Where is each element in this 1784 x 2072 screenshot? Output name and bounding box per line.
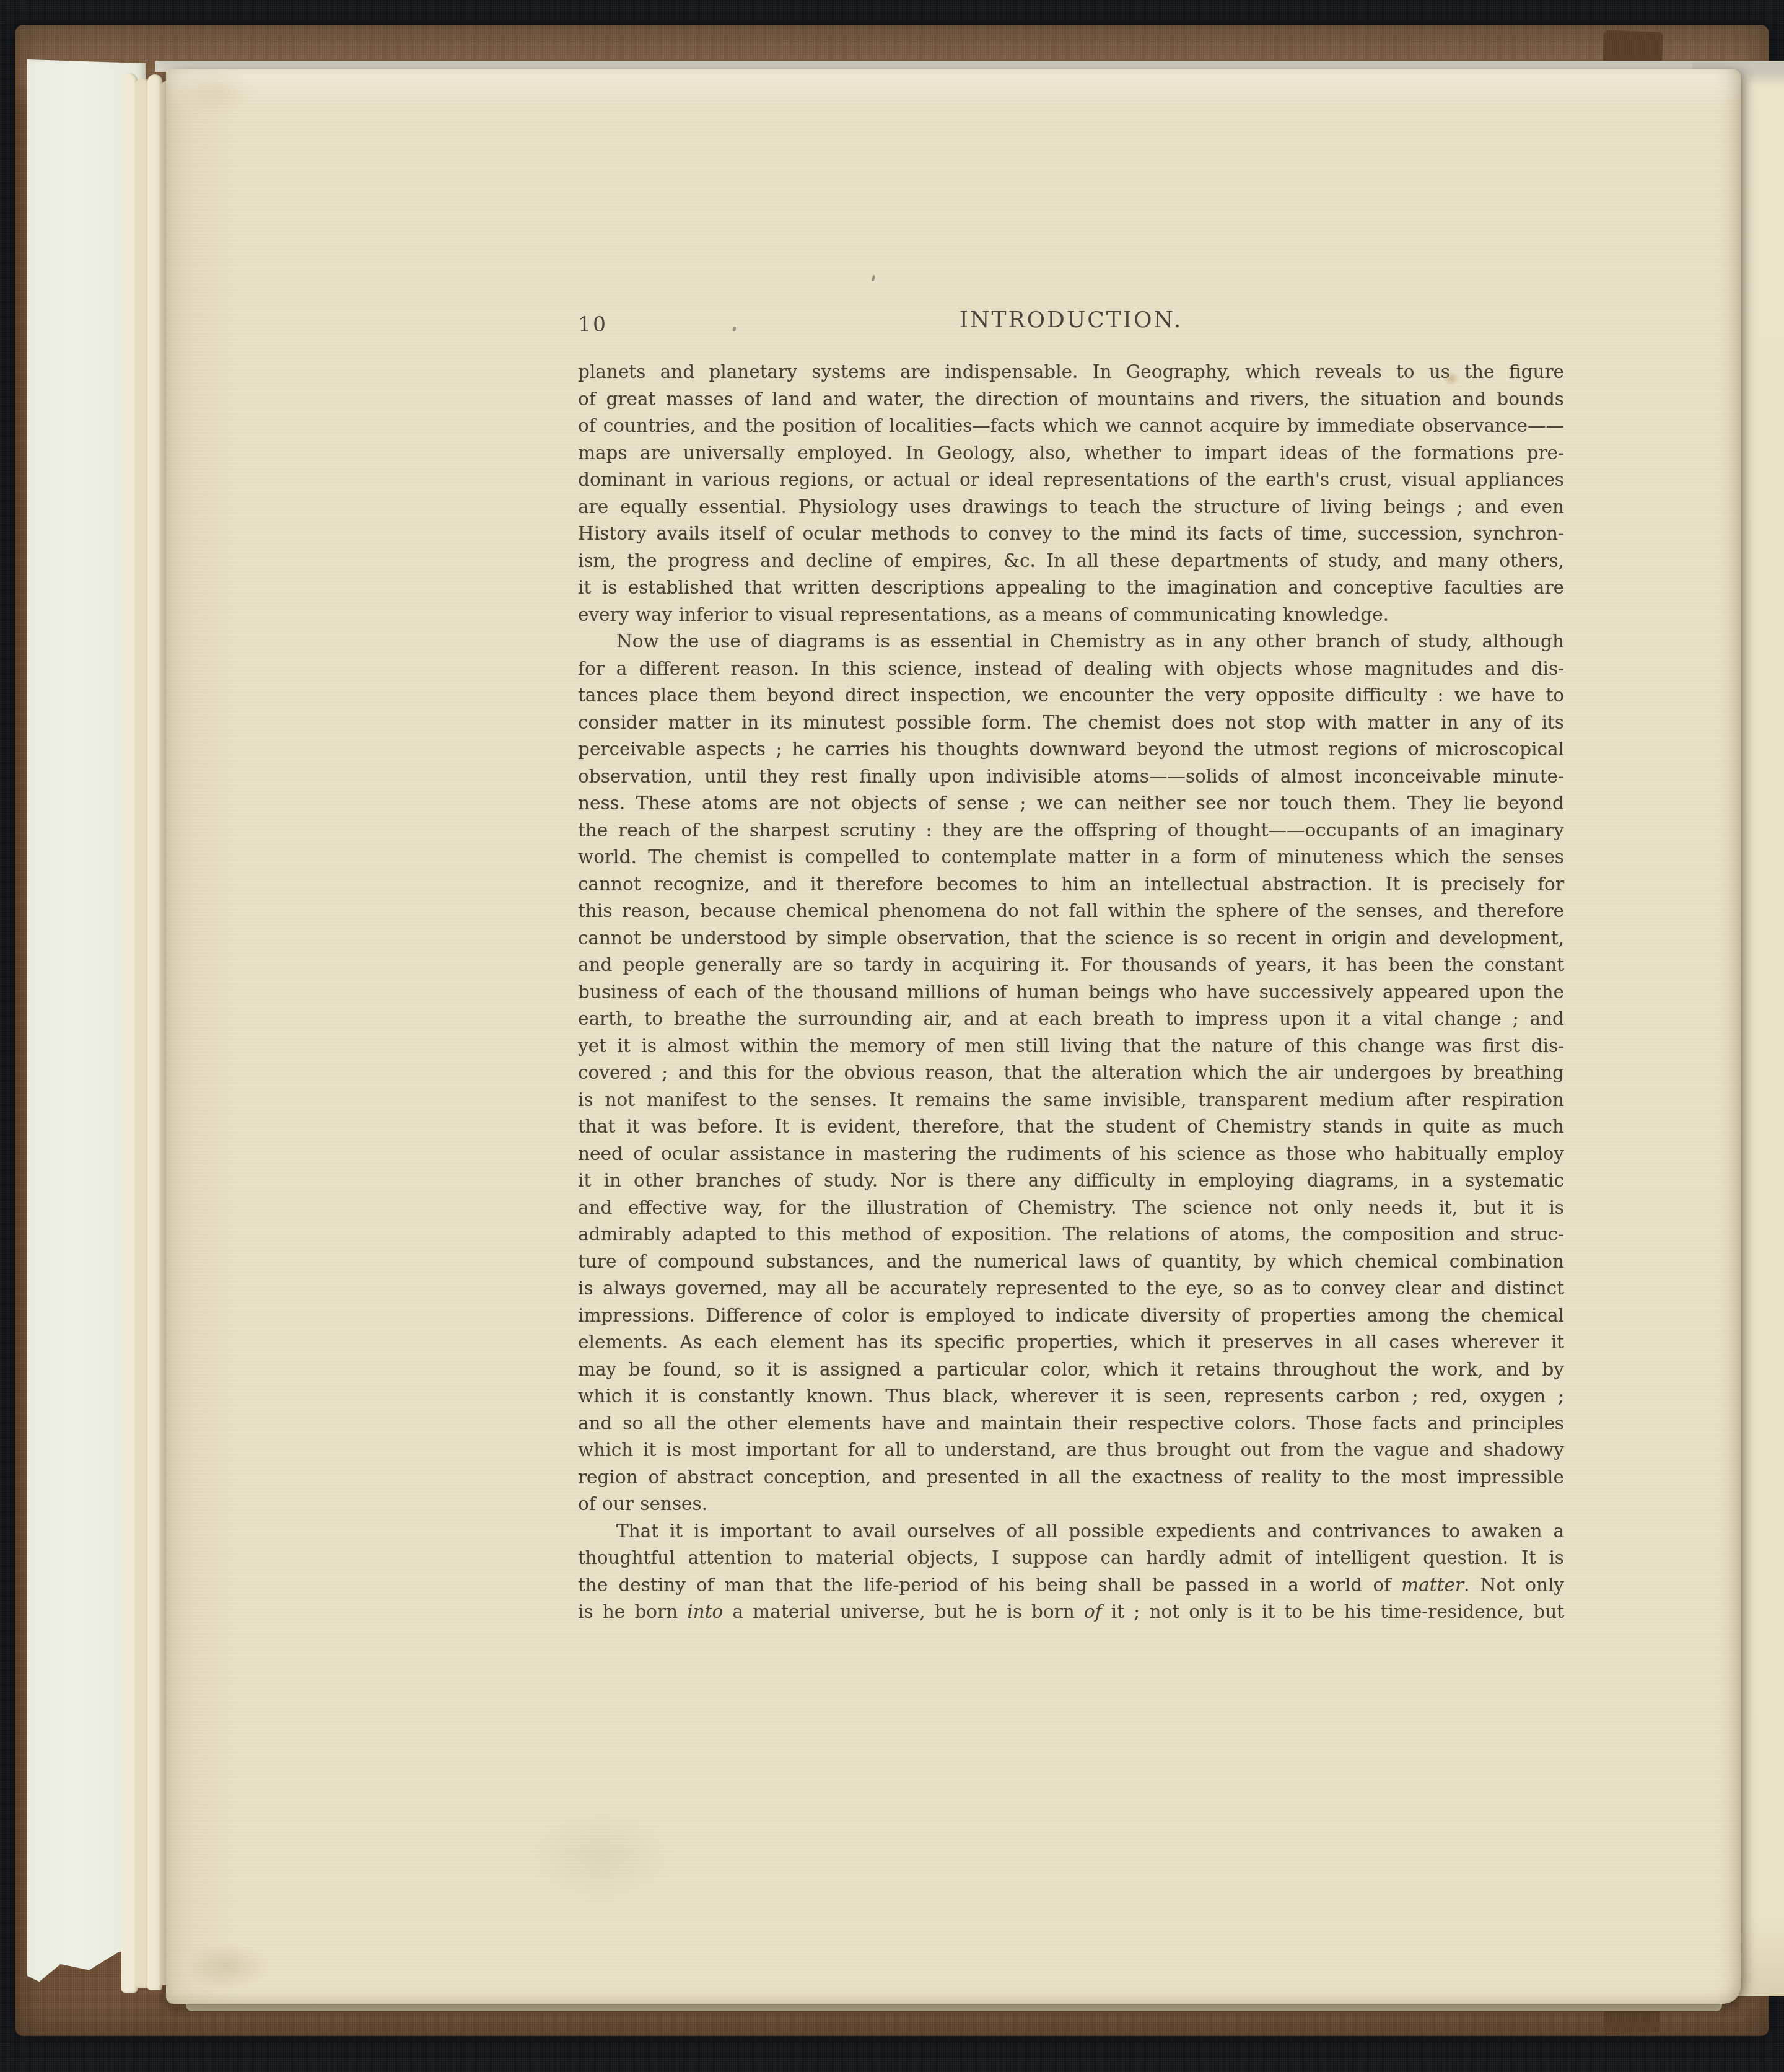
body-line-p2-30: and so all the other elements have and m… <box>578 1410 1564 1438</box>
body-line-p2-24: ture of compound substances, and the num… <box>578 1249 1564 1276</box>
body-line-p2-31: which it is most important for all to un… <box>578 1437 1564 1464</box>
body-line-p3-3: the destiny of man that the life-period … <box>578 1572 1564 1599</box>
body-line-p2-14: business of each of the thousand million… <box>578 979 1564 1006</box>
body-line-p2-27: elements. As each element has its specif… <box>578 1329 1564 1356</box>
body-line-p2-32: region of abstract conception, and prese… <box>578 1464 1564 1491</box>
body-line-p2-9: world. The chemist is compelled to conte… <box>578 844 1564 871</box>
body-line-p3-4: is he born into a material universe, but… <box>578 1599 1564 1626</box>
page-header-row: 10 INTRODUCTION. <box>578 306 1564 346</box>
body-line-p1-1: planets and planetary systems are indisp… <box>578 359 1564 386</box>
text-block: planets and planetary systems are indisp… <box>578 359 1564 1626</box>
body-line-p1-9: it is established that written descripti… <box>578 574 1564 602</box>
body-line-p1-8: ism, the progress and decline of empires… <box>578 548 1564 575</box>
body-line-p2-33: of our senses. <box>578 1491 1564 1518</box>
body-line-p2-16: yet it is almost within the memory of me… <box>578 1033 1564 1060</box>
body-line-p2-3: tances place them beyond direct inspecti… <box>578 682 1564 709</box>
body-line-p1-4: maps are universally employed. In Geolog… <box>578 440 1564 467</box>
body-line-p2-2: for a different reason. In this science,… <box>578 656 1564 683</box>
body-line-p2-25: is always governed, may all be accuratel… <box>578 1275 1564 1302</box>
body-line-p1-2: of great masses of land and water, the d… <box>578 386 1564 413</box>
body-line-p1-7: History avails itself of ocular methods … <box>578 520 1564 548</box>
body-line-p1-5: dominant in various regions, or actual o… <box>578 467 1564 494</box>
body-line-p2-11: this reason, because chemical phenomena … <box>578 898 1564 925</box>
body-line-p2-19: that it was before. It is evident, there… <box>578 1113 1564 1141</box>
body-line-p1-10: every way inferior to visual representat… <box>578 602 1564 629</box>
body-line-p2-22: and effective way, for the illustration … <box>578 1195 1564 1222</box>
body-line-p2-8: the reach of the sharpest scrutiny : the… <box>578 817 1564 845</box>
body-line-p2-28: may be found, so it is assigned a partic… <box>578 1356 1564 1384</box>
body-line-p2-18: is not manifest to the senses. It remain… <box>578 1087 1564 1114</box>
body-line-p2-5: perceivable aspects ; he carries his tho… <box>578 736 1564 763</box>
body-line-p2-21: it in other branches of study. Nor is th… <box>578 1167 1564 1195</box>
body-line-p1-3: of countries, and the position of locali… <box>578 413 1564 440</box>
main-page: 10 INTRODUCTION. planets and planetary s… <box>166 69 1741 2004</box>
body-line-p3-1: That it is important to avail ourselves … <box>578 1518 1564 1545</box>
body-line-p1-6: are equally essential. Physiology uses d… <box>578 494 1564 521</box>
body-line-p2-23: admirably adapted to this method of expo… <box>578 1221 1564 1249</box>
body-line-p2-29: which it is constantly known. Thus black… <box>578 1383 1564 1410</box>
body-line-p2-7: ness. These atoms are not objects of sen… <box>578 790 1564 817</box>
body-line-p2-13: and people generally are so tardy in acq… <box>578 952 1564 979</box>
body-line-p2-10: cannot recognize, and it therefore becom… <box>578 871 1564 898</box>
body-line-p2-12: cannot be understood by simple observati… <box>578 925 1564 952</box>
body-line-p2-20: need of ocular assistance in mastering t… <box>578 1141 1564 1168</box>
body-line-p2-4: consider matter in its minutest possible… <box>578 709 1564 737</box>
body-line-p2-6: observation, until they rest finally upo… <box>578 763 1564 791</box>
running-head: INTRODUCTION. <box>578 307 1564 333</box>
book-photo: 10 INTRODUCTION. planets and planetary s… <box>0 0 1784 2072</box>
body-line-p2-17: covered ; and this for the obvious reaso… <box>578 1060 1564 1087</box>
body-line-p2-26: impressions. Difference of color is empl… <box>578 1302 1564 1330</box>
body-line-p2-15: earth, to breathe the surrounding air, a… <box>578 1006 1564 1033</box>
body-line-p3-2: thoughtful attention to material objects… <box>578 1545 1564 1572</box>
body-line-p2-1: Now the use of diagrams is as essential … <box>578 628 1564 656</box>
